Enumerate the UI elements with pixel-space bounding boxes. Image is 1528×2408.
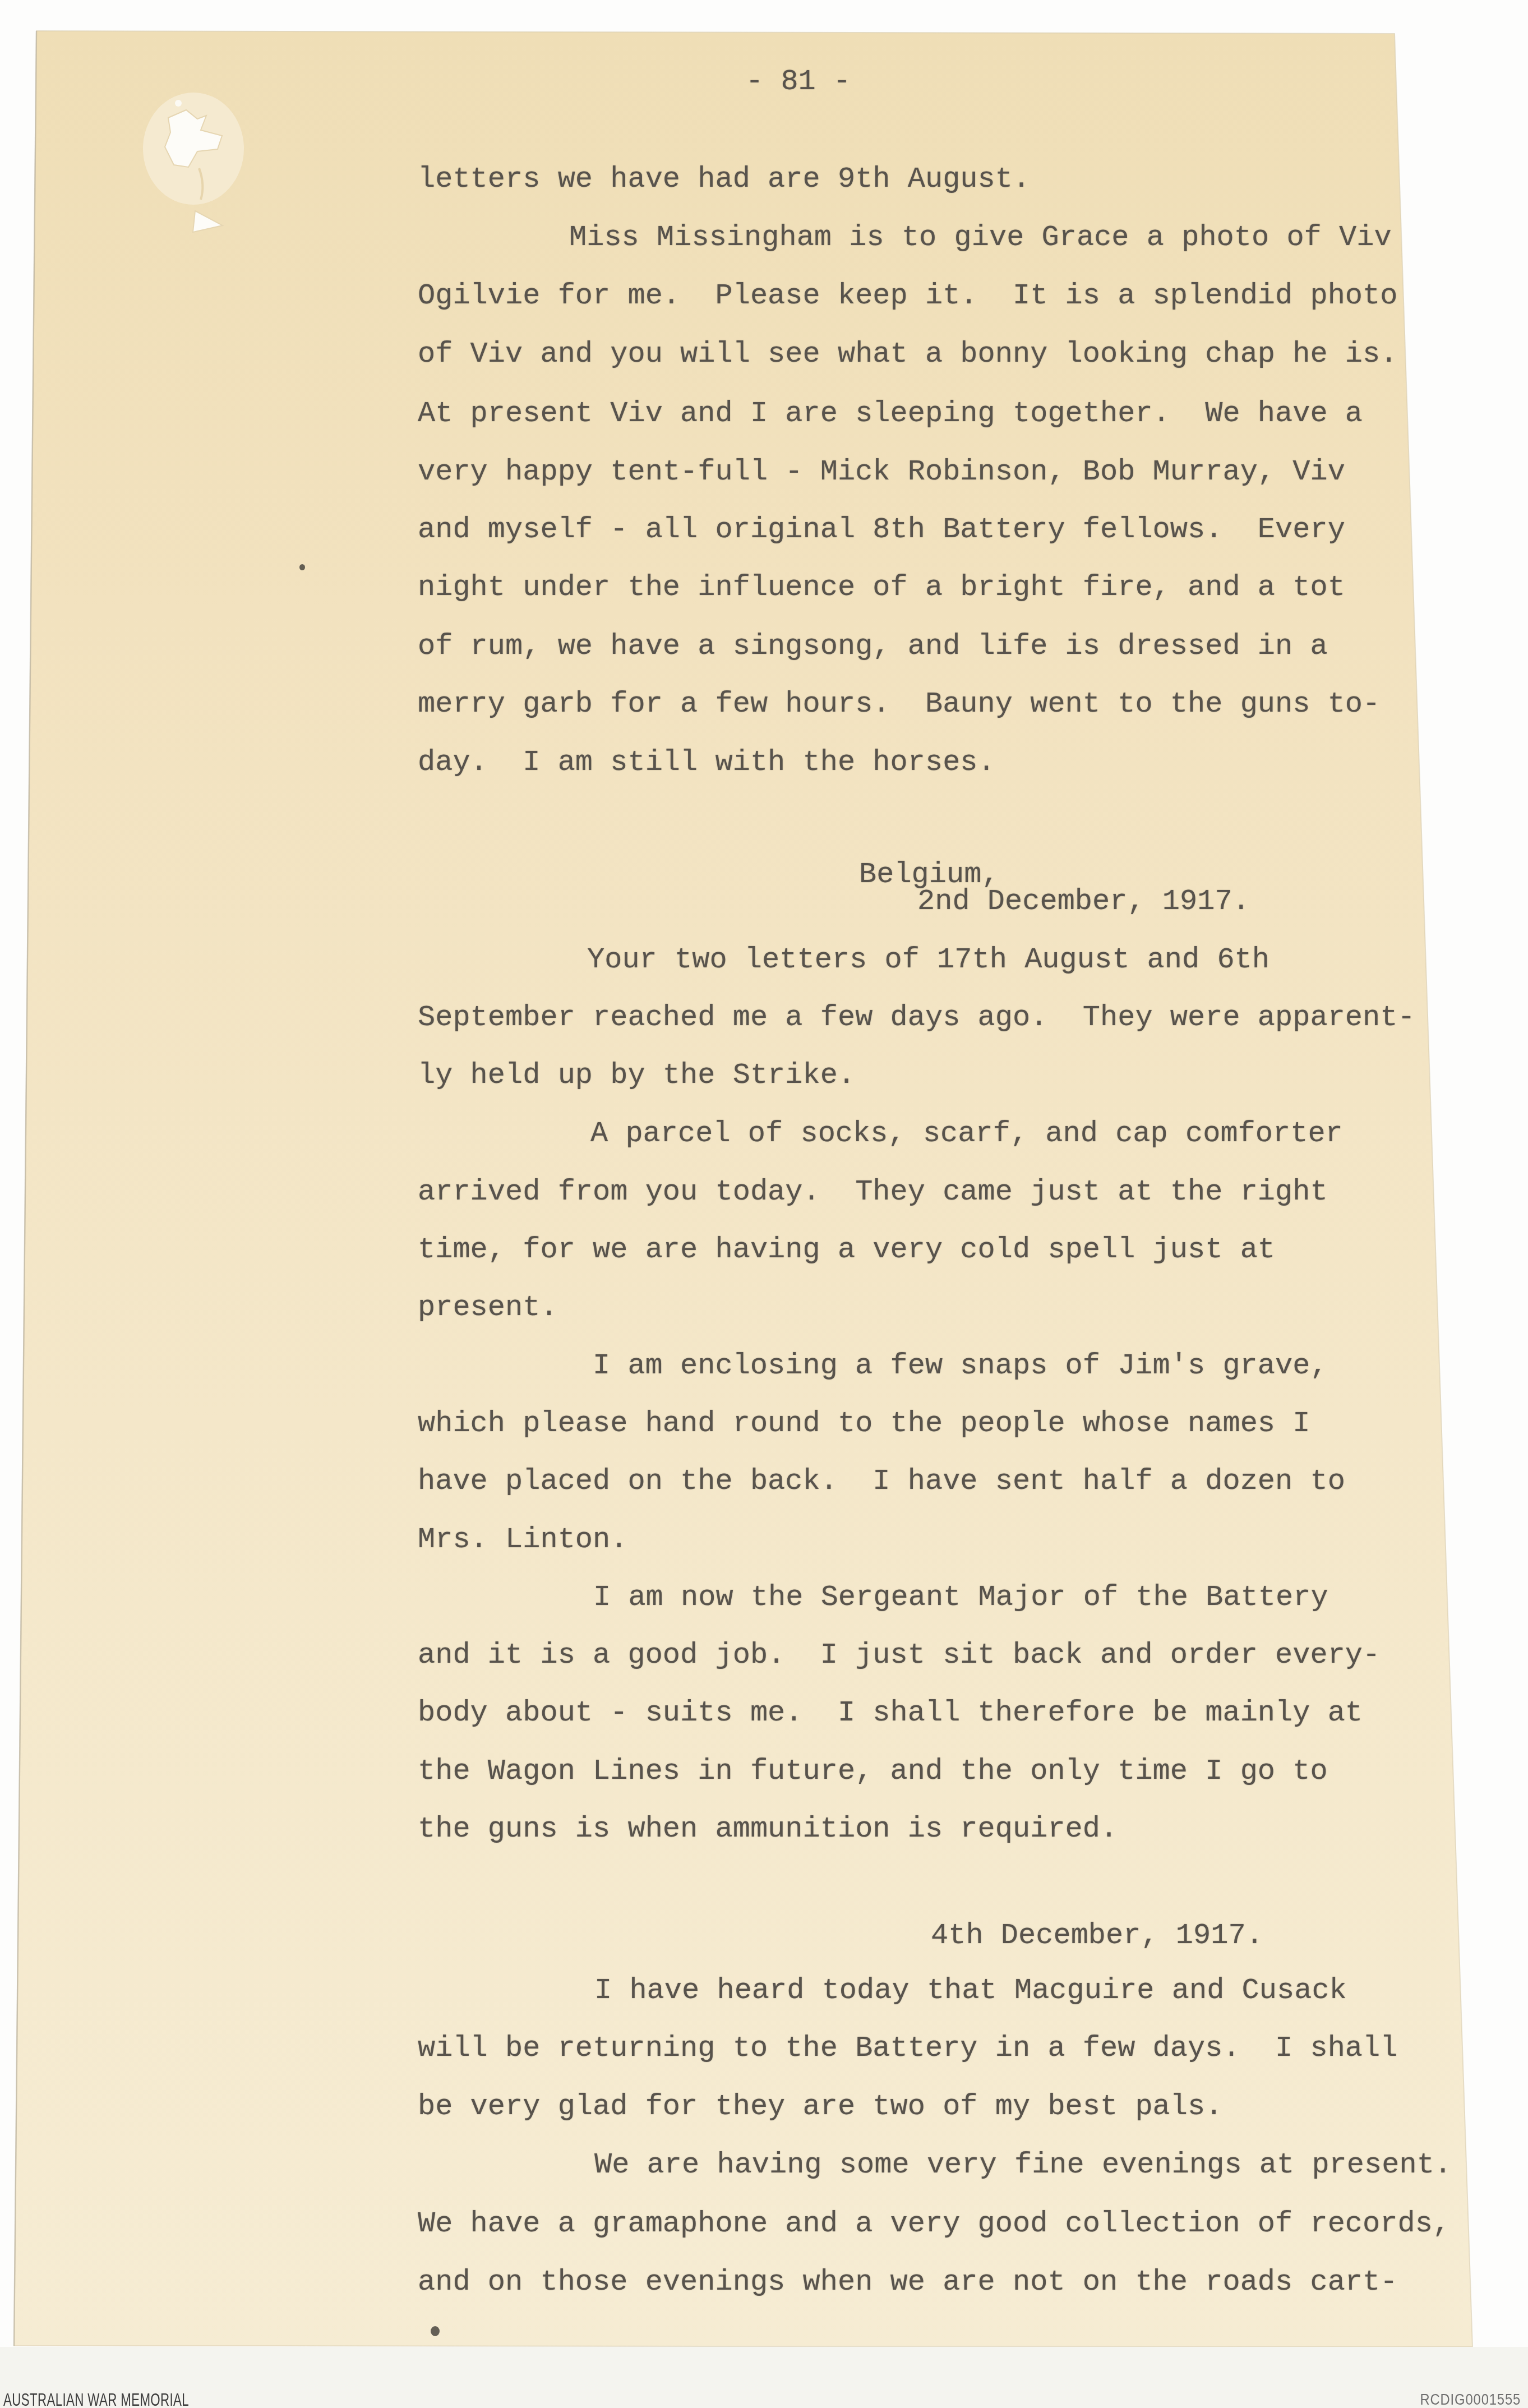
typewritten-line: have placed on the back. I have sent hal…: [418, 1466, 1345, 1497]
footer-band: [0, 2347, 1528, 2408]
typewritten-line: A parcel of socks, scarf, and cap comfor…: [590, 1118, 1343, 1150]
page-number: - 81 -: [746, 66, 851, 98]
typewritten-line: and myself - all original 8th Battery fe…: [418, 514, 1345, 546]
typewritten-line: Miss Missingham is to give Grace a photo…: [569, 222, 1392, 253]
typewritten-line: and on those evenings when we are not on…: [418, 2267, 1397, 2298]
typewritten-line: ly held up by the Strike.: [418, 1060, 855, 1091]
typewritten-line: time, for we are having a very cold spel…: [418, 1234, 1275, 1266]
typewritten-line: I have heard today that Macguire and Cus…: [594, 1975, 1347, 2006]
ink-speck: [431, 2326, 440, 2336]
typewritten-line: and it is a good job. I just sit back an…: [418, 1640, 1380, 1671]
typewritten-line: be very glad for they are two of my best…: [418, 2091, 1222, 2123]
typewritten-line: night under the influence of a bright fi…: [418, 572, 1345, 603]
typewritten-line: day. I am still with the horses.: [418, 747, 995, 778]
footer-item-id: RCDIG0001555: [1420, 2391, 1521, 2408]
typewritten-line: Mrs. Linton.: [418, 1524, 627, 1556]
typewritten-line: At present Viv and I are sleeping togeth…: [418, 398, 1363, 430]
typewritten-line: the Wagon Lines in future, and the only …: [418, 1756, 1328, 1787]
footer-archive-name: AUSTRALIAN WAR MEMORIAL: [3, 2390, 189, 2408]
typewritten-line: very happy tent-full - Mick Robinson, Bo…: [418, 456, 1345, 488]
typewritten-text-layer: - 81 -letters we have had are 9th August…: [0, 0, 1528, 2408]
typewritten-line: of rum, we have a singsong, and life is …: [418, 631, 1328, 662]
typewritten-line: arrived from you today. They came just a…: [418, 1177, 1328, 1208]
typewritten-line: We are having some very fine evenings at…: [594, 2149, 1452, 2181]
typewritten-line: I am now the Sergeant Major of the Batte…: [593, 1582, 1328, 1613]
typewritten-line: of Viv and you will see what a bonny loo…: [418, 339, 1397, 370]
typewritten-line: which please hand round to the people wh…: [418, 1408, 1310, 1440]
date-heading: 2nd December, 1917.: [917, 886, 1250, 917]
typewritten-line: We have a gramaphone and a very good col…: [418, 2208, 1450, 2240]
typewritten-line: present.: [418, 1292, 558, 1323]
typewritten-line: September reached me a few days ago. The…: [418, 1002, 1415, 1034]
typewritten-line: the guns is when ammunition is required.: [418, 1814, 1118, 1845]
typewritten-line: I am enclosing a few snaps of Jim's grav…: [593, 1350, 1328, 1382]
typewritten-line: Your two letters of 17th August and 6th: [587, 944, 1270, 976]
typewritten-line: body about - suits me. I shall therefore…: [418, 1697, 1363, 1729]
typewritten-line: merry garb for a few hours. Bauny went t…: [418, 689, 1380, 720]
scanned-letter-page-81: - 81 -letters we have had are 9th August…: [0, 0, 1528, 2408]
ink-speck: [299, 564, 305, 570]
date-heading: 4th December, 1917.: [931, 1920, 1263, 1952]
typewritten-line: will be returning to the Battery in a fe…: [418, 2033, 1397, 2064]
typewritten-line: letters we have had are 9th August.: [418, 164, 1030, 195]
typewritten-line: Ogilvie for me. Please keep it. It is a …: [418, 280, 1397, 312]
